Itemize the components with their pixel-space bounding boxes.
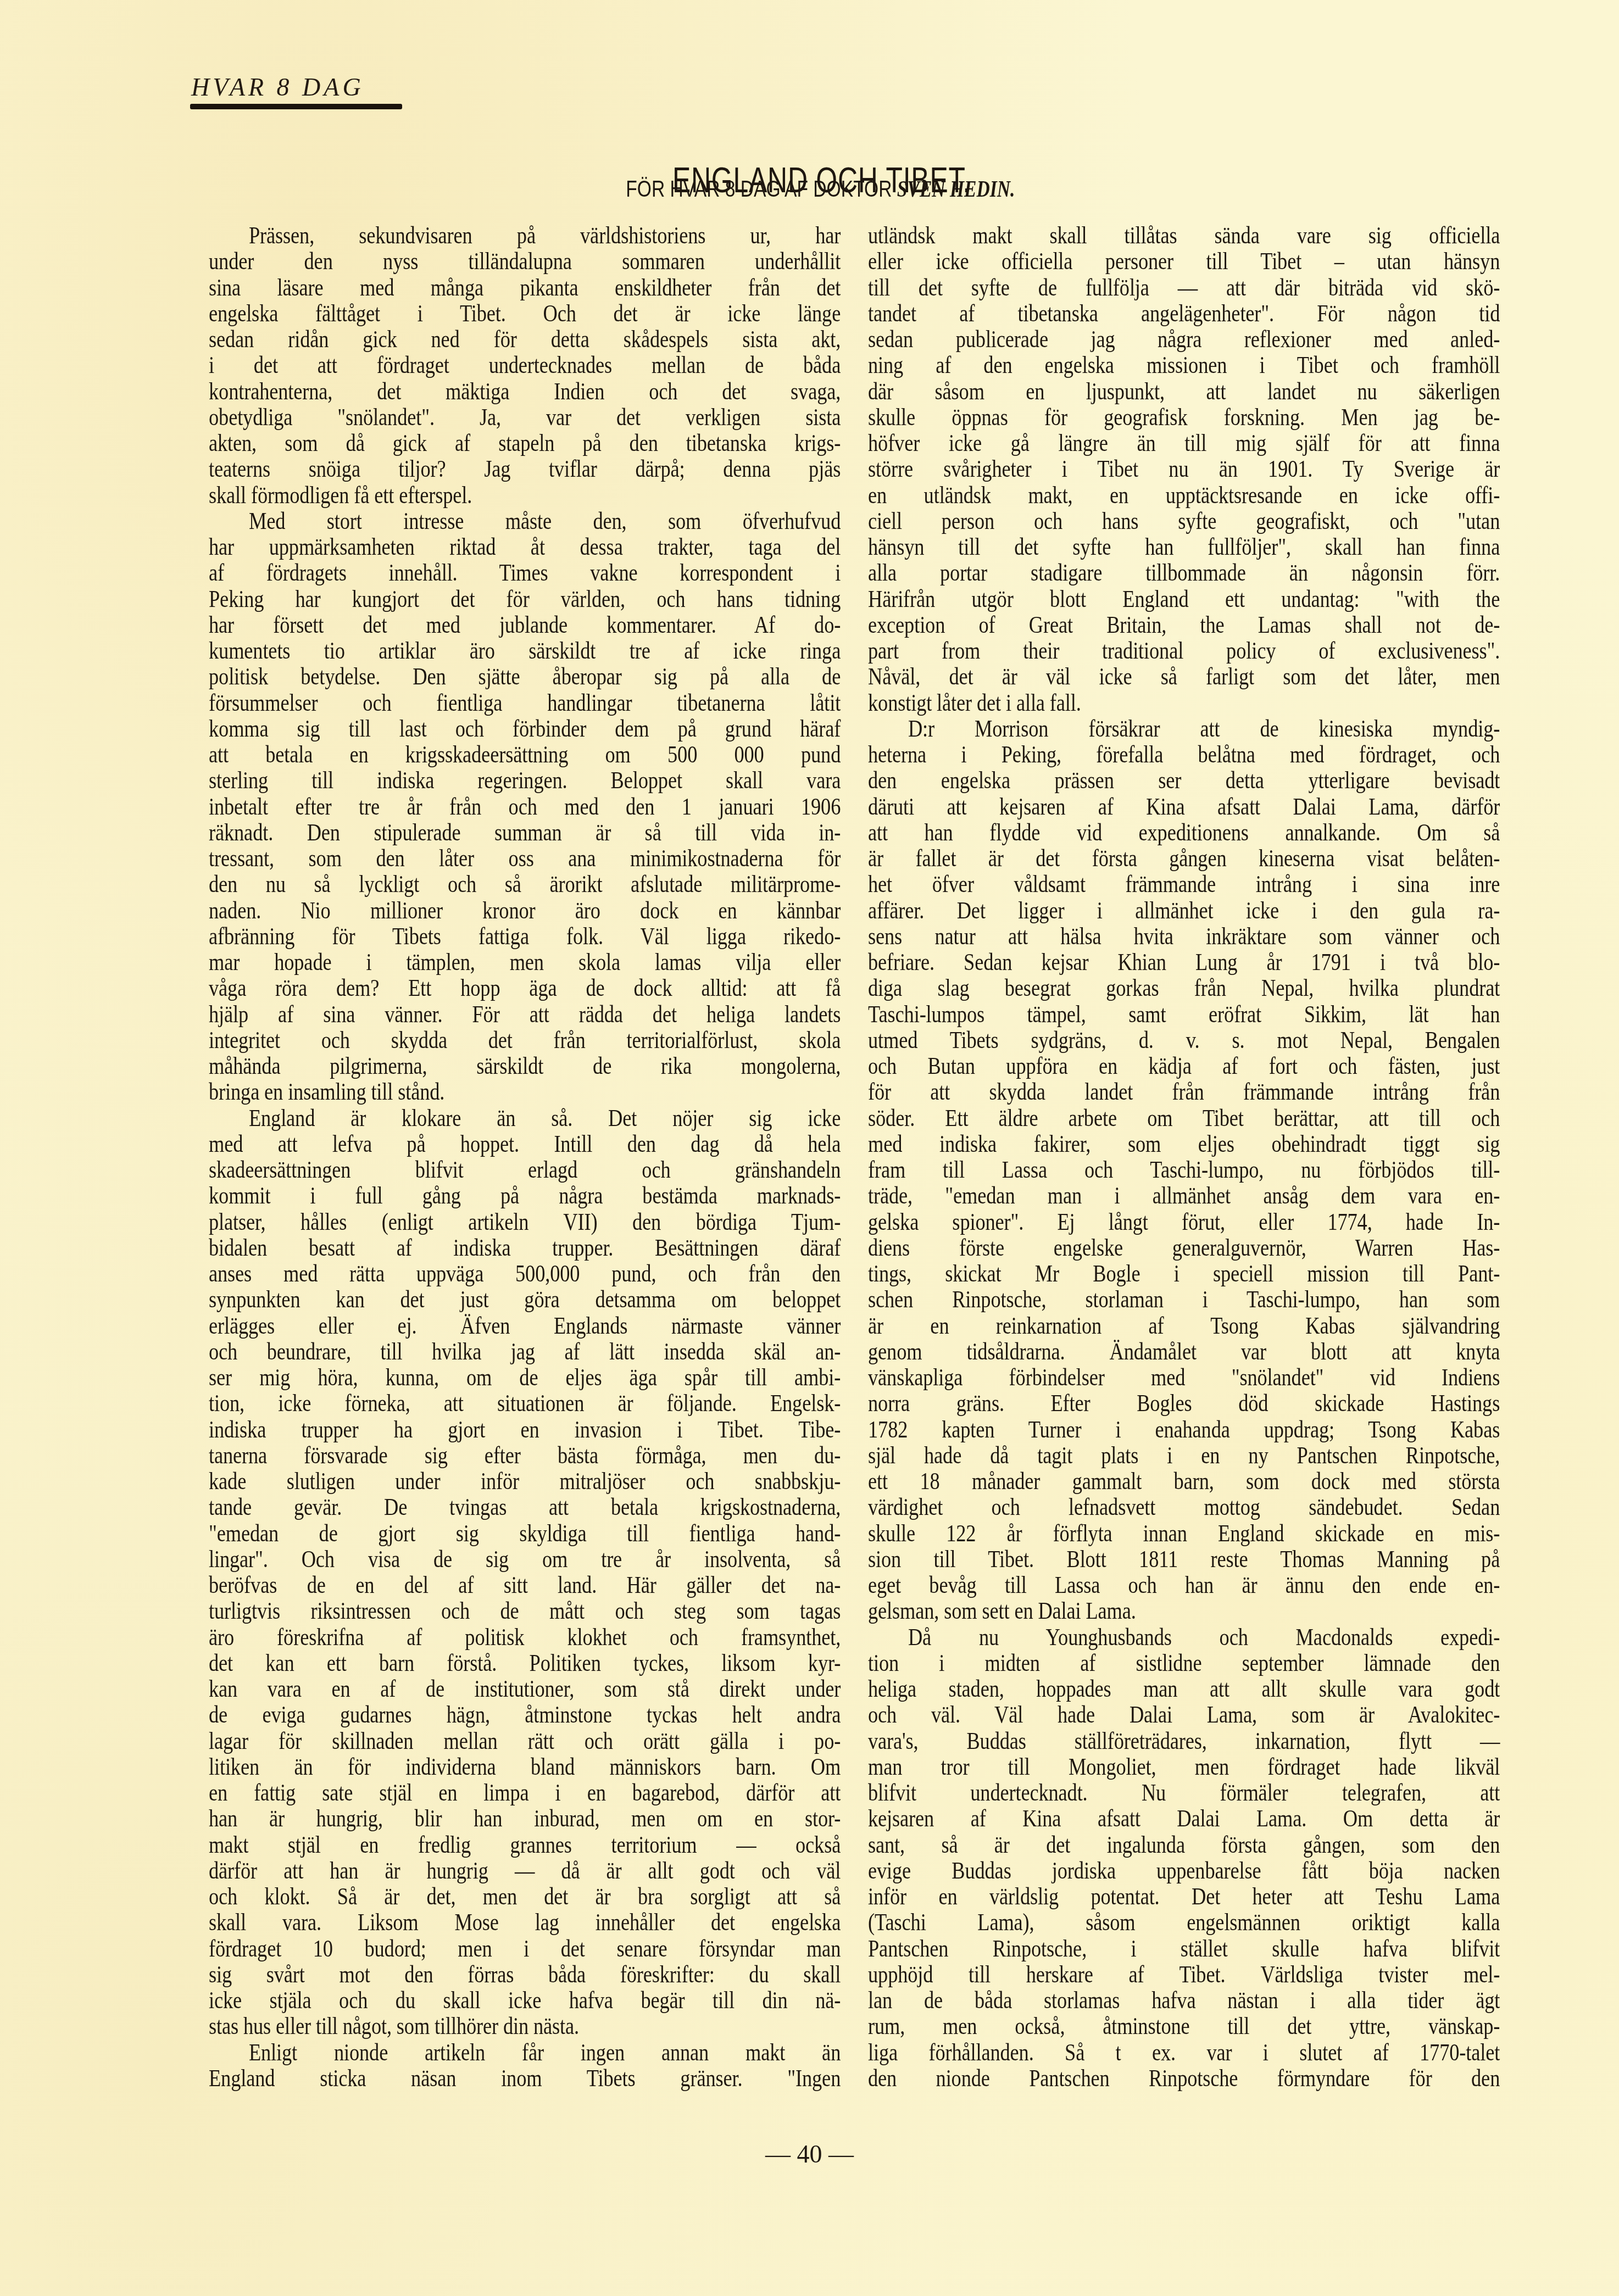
text-line: eller icke officiella personer till Tibe… [868, 248, 1500, 274]
text-line: genom tidsåldrarna. Ändamålet var blott … [868, 1339, 1500, 1364]
text-line: lagar för skillnaden mellan rätt och orä… [209, 1728, 841, 1754]
byline-author: SVEN HEDIN. [897, 177, 1015, 202]
text-line: det kan ett barn förstå. Politiken tycke… [209, 1650, 841, 1676]
text-line: sant, så är det ingalunda första gången,… [868, 1832, 1500, 1858]
text-line: engelska fälttåget i Tibet. Och det är i… [209, 300, 841, 326]
text-line: höfver icke gå längre än till mig själf … [868, 430, 1500, 456]
text-line: söder. Ett äldre arbete om Tibet berätta… [868, 1105, 1500, 1131]
text-line: komma sig till last och förbinder dem på… [209, 716, 841, 742]
text-line: är fallet är det första gången kineserna… [868, 845, 1500, 871]
text-line: inför en världslig potentat. Det heter a… [868, 1883, 1500, 1909]
text-line: part from their traditional policy of ex… [868, 638, 1500, 664]
text-line: tings, skickat Mr Bogle i speciell missi… [868, 1261, 1500, 1286]
text-line: träde, "emedan man i allmänhet ansåg dem… [868, 1183, 1500, 1208]
text-line: skall vara. Liksom Mose lag innehåller d… [209, 1909, 841, 1935]
text-line: till det syfte de fullfölja — att där bi… [868, 275, 1500, 300]
text-line: sterling till indiska regeringen. Belopp… [209, 767, 841, 793]
text-line: en utländsk makt, en upptäcktsresande en… [868, 482, 1500, 508]
text-line: affärer. Det ligger i allmänhet icke i d… [868, 898, 1500, 923]
page-number: — 40 — [0, 2139, 1619, 2169]
text-line: mar hopade i tämplen, men skola lamas vi… [209, 949, 841, 975]
text-column-left: Prässen, sekundvisaren på världshistorie… [209, 222, 841, 2091]
text-line: tandet af tibetanska angelägenheter". Fö… [868, 300, 1500, 326]
text-line: England är klokare än så. Det nöjer sig … [209, 1105, 841, 1131]
text-line: kommit i full gång på några bestämda mar… [209, 1183, 841, 1208]
text-line: naden. Nio millioner kronor äro dock en … [209, 898, 841, 923]
text-line: 1782 kapten Turner i enahanda uppdrag; T… [868, 1417, 1500, 1442]
text-line: värdighet och lefnadsvett mottog sändebu… [868, 1494, 1500, 1520]
text-line: att han flydde vid expeditionens annalka… [868, 820, 1500, 845]
text-line: ser mig höra, kunna, om de eljes äga spå… [209, 1364, 841, 1390]
text-line: kejsaren af Kina afsatt Dalai Lama. Om d… [868, 1805, 1500, 1831]
text-line: själ hade då tagit plats i en ny Pantsch… [868, 1442, 1500, 1468]
text-line: rum, men också, åtminstone till det yttr… [868, 2013, 1500, 2039]
text-line: inbetalt efter tre år från och med den 1… [209, 794, 841, 820]
text-line: har uppmärksamheten riktad åt dessa trak… [209, 534, 841, 560]
text-line: och klokt. Så är det, men det är bra sor… [209, 1883, 841, 1909]
text-line: fördraget 10 budord; men i det senare fö… [209, 1936, 841, 1961]
text-line: sina läsare med många pikanta enskildhet… [209, 275, 841, 300]
text-line: räknadt. Den stipulerade summan är så ti… [209, 820, 841, 845]
text-line: Taschi-lumpos tämpel, samt eröfrat Sikki… [868, 1001, 1500, 1027]
text-line: Peking har kungjort det för världen, och… [209, 586, 841, 612]
text-line: skulle öppnas för geografisk forskning. … [868, 404, 1500, 430]
text-line: kade slutligen under inför mitraljöser o… [209, 1468, 841, 1494]
text-line: under den nyss tilländalupna sommaren un… [209, 248, 841, 274]
text-line: teaterns snöiga tiljor? Jag tviflar därp… [209, 456, 841, 482]
text-line: platser, hålles (enligt artikeln VII) de… [209, 1209, 841, 1235]
text-line: icke stjäla och du skall icke hafva begä… [209, 1987, 841, 2013]
text-line: indiska trupper ha gjort en invasion i T… [209, 1417, 841, 1442]
text-line: med indiska fakirer, som eljes obehindra… [868, 1131, 1500, 1157]
text-line: liga förhållanden. Så t ex. var i slutet… [868, 2039, 1500, 2065]
text-line: integritet och skydda det från territori… [209, 1027, 841, 1053]
text-line: bringa en insamling till stånd. [209, 1079, 841, 1105]
text-line: Nåväl, det är väl icke så farligt som de… [868, 664, 1500, 689]
text-line: Härifrån utgör blott England ett undanta… [868, 586, 1500, 612]
text-line: obetydliga "snölandet". Ja, var det verk… [209, 404, 841, 430]
text-line: tion i midten af sistlidne september läm… [868, 1650, 1500, 1676]
text-line: bidalen besatt af indiska trupper. Besät… [209, 1235, 841, 1261]
text-line: lingar". Och visa de sig om tre år insol… [209, 1546, 841, 1572]
text-line: vänskapliga förbindelser med "snölandet"… [868, 1364, 1500, 1390]
text-line: befriare. Sedan kejsar Khian Lung år 179… [868, 949, 1500, 975]
text-line: hjälp af sina vänner. För att rädda det … [209, 1001, 841, 1027]
text-line: (Taschi Lama), såsom engelsmännen orikti… [868, 1909, 1500, 1935]
text-line: blifvit undertecknadt. Nu förmäler teleg… [868, 1780, 1500, 1805]
text-line: tressant, som den låter oss ana minimiko… [209, 845, 841, 871]
text-line: sion till Tibet. Blott 1811 reste Thomas… [868, 1546, 1500, 1572]
text-line: "emedan de gjort sig skyldiga till fient… [209, 1520, 841, 1546]
text-line: kan vara en af de institutioner, som stå… [209, 1676, 841, 1702]
text-line: fram till Lassa och Taschi-lumpo, nu för… [868, 1157, 1500, 1183]
text-line: exception of Great Britain, the Lamas sh… [868, 612, 1500, 638]
text-line: vara's, Buddas ställföreträdares, inkarn… [868, 1728, 1500, 1754]
text-line: heterna i Peking, förefalla belåtna med … [868, 742, 1500, 767]
text-line: skadeersättningen blifvit erlagd och grä… [209, 1157, 841, 1183]
text-line: afbränning för Tibets fattiga folk. Väl … [209, 923, 841, 949]
text-line: Då nu Younghusbands och Macdonalds exped… [868, 1624, 1500, 1650]
text-line: af fördragets innehåll. Times vakne korr… [209, 560, 841, 586]
text-line: sedan ridån gick ned för detta skådespel… [209, 326, 841, 352]
text-line: Med stort intresse måste den, som öfverh… [209, 508, 841, 534]
text-line: och väl. Väl hade Dalai Lama, som är Ava… [868, 1702, 1500, 1727]
text-line: erlägges eller ej. Äfven Englands närmas… [209, 1313, 841, 1339]
text-line: är en reinkarnation af Tsong Kabas själv… [868, 1313, 1500, 1339]
page-number-text: — 40 — [765, 2139, 854, 2169]
text-column-right: utländsk makt skall tillåtas sända vare … [868, 222, 1500, 2091]
text-line: den nu så lyckligt och så ärorikt afslut… [209, 871, 841, 897]
byline-prefix: FÖR HVAR 8 DAG AF DOKTOR [626, 176, 897, 202]
text-line: tion, icke förneka, att situationen är f… [209, 1390, 841, 1416]
text-line: politisk betydelse. Den sjätte åberopar … [209, 664, 841, 689]
text-line: äro föreskrifna af politisk klokhet och … [209, 1624, 841, 1650]
text-line: Enligt nionde artikeln får ingen annan m… [209, 2039, 841, 2065]
text-line: het öfver våldsamt främmande intrång i s… [868, 871, 1500, 897]
text-line: ett 18 månader gammalt barn, som dock me… [868, 1468, 1500, 1494]
text-line: där såsom en ljuspunkt, att landet nu sä… [868, 378, 1500, 404]
text-line: alla portar stadigare tillbommade än någ… [868, 560, 1500, 586]
text-line: England sticka näsan inom Tibets gränser… [209, 2065, 841, 2091]
text-line: beröfvas de en del af sitt land. Här gäl… [209, 1572, 841, 1598]
text-line: norra gräns. Efter Bogles död skickade H… [868, 1390, 1500, 1416]
text-line: och Butan uppföra en kädja af fort och f… [868, 1053, 1500, 1079]
text-line: den nionde Pantschen Rinpotsche förmynda… [868, 2065, 1500, 2091]
text-line: hänsyn till det syfte han fullföljer", s… [868, 534, 1500, 560]
text-line: en fattig sate stjäl en limpa i en bagar… [209, 1780, 841, 1805]
text-line: ciell person och hans syfte geografiskt,… [868, 508, 1500, 534]
text-line: kontrahenterna, det mäktiga Indien och d… [209, 378, 841, 404]
text-line: har försett det med jublande kommentarer… [209, 612, 841, 638]
text-line: med att lefva på hoppet. Intill den dag … [209, 1131, 841, 1157]
text-line: schen Rinpotsche, storlaman i Taschi-lum… [868, 1286, 1500, 1312]
text-line: makt stjäl en fredlig grannes territoriu… [209, 1832, 841, 1858]
text-line: Prässen, sekundvisaren på världshistorie… [209, 222, 841, 248]
text-line: kumentets tio artiklar äro särskildt tre… [209, 638, 841, 664]
text-line: i det att fördraget undertecknades mella… [209, 352, 841, 378]
text-line: diga slag besegrat gorkas från Nepal, hv… [868, 975, 1500, 1001]
text-line: skall förmodligen få ett efterspel. [209, 482, 841, 508]
text-line: däruti att kejsaren af Kina afsatt Dalai… [868, 794, 1500, 820]
text-line: gelsman, som sett en Dalai Lama. [868, 1598, 1500, 1624]
text-line: tanerna försvarade sig efter bästa förmå… [209, 1442, 841, 1468]
text-line: försummelser och fientliga handlingar ti… [209, 690, 841, 716]
text-line: gelska spioner". Ej långt förut, eller 1… [868, 1209, 1500, 1235]
text-line: utländsk makt skall tillåtas sända vare … [868, 222, 1500, 248]
text-line: tande gevär. De tvingas att betala krigs… [209, 1494, 841, 1520]
masthead: HVAR 8 DAG [191, 73, 364, 102]
text-line: D:r Morrison försäkrar att de kinesiska … [868, 716, 1500, 742]
text-line: akten, som då gick af stapeln på den tib… [209, 430, 841, 456]
text-line: våga röra dem? Ett hopp äga de dock allt… [209, 975, 841, 1001]
text-line: skulle 122 år förflyta innan England ski… [868, 1520, 1500, 1546]
text-line: man tror till Mongoliet, men fördraget h… [868, 1754, 1500, 1780]
text-line: större svårigheter i Tibet nu än 1901. T… [868, 456, 1500, 482]
text-line: de eviga gudarnes hägn, åtminstone tycka… [209, 1702, 841, 1727]
text-line: utmed Tibets sydgräns, d. v. s. mot Nepa… [868, 1027, 1500, 1053]
text-line: sig svårt mot den förras båda föreskrift… [209, 1961, 841, 1987]
text-line: sens natur att hälsa hvita inkräktare so… [868, 923, 1500, 949]
text-line: turligtvis riksintressen och de mått och… [209, 1598, 841, 1624]
text-line: eget bevåg till Lassa och han är ännu de… [868, 1572, 1500, 1598]
text-line: stas hus eller till något, som tillhörer… [209, 2013, 841, 2039]
text-line: Pantschen Rinpotsche, i stället skulle h… [868, 1936, 1500, 1961]
text-line: litiken än för individerna bland människ… [209, 1754, 841, 1780]
text-line: lan de båda storlamas hafva nästan i all… [868, 1987, 1500, 2013]
text-line: han är hungrig, blir han inburad, men om… [209, 1805, 841, 1831]
text-line: ning af den engelska missionen i Tibet o… [868, 352, 1500, 378]
masthead-underline [190, 104, 402, 109]
text-line: synpunkten kan det just göra detsamma om… [209, 1286, 841, 1312]
text-line: för att skydda landet från främmande int… [868, 1079, 1500, 1105]
article-byline: FÖR HVAR 8 DAG AF DOKTOR SVEN HEDIN. [173, 176, 1468, 203]
text-line: sedan publicerade jag några reflexioner … [868, 326, 1500, 352]
text-line: den engelska prässen ser detta ytterliga… [868, 767, 1500, 793]
text-line: därför att han är hungrig — då är allt g… [209, 1858, 841, 1883]
text-line: upphöjd till herskare af Tibet. Världsli… [868, 1961, 1500, 1987]
text-line: och beundrare, till hvilka jag af lätt i… [209, 1339, 841, 1364]
text-line: måhända pilgrimerna, särskildt de rika m… [209, 1053, 841, 1079]
text-line: konstigt låter det i alla fall. [868, 690, 1500, 716]
text-line: evige Buddas jordiska uppenbarelse fått … [868, 1858, 1500, 1883]
text-line: att betala en krigsskadeersättning om 50… [209, 742, 841, 767]
text-line: diens förste engelske generalguvernör, W… [868, 1235, 1500, 1261]
text-line: anses med rätta uppväga 500,000 pund, oc… [209, 1261, 841, 1286]
text-line: heliga staden, hoppades man att allt sku… [868, 1676, 1500, 1702]
